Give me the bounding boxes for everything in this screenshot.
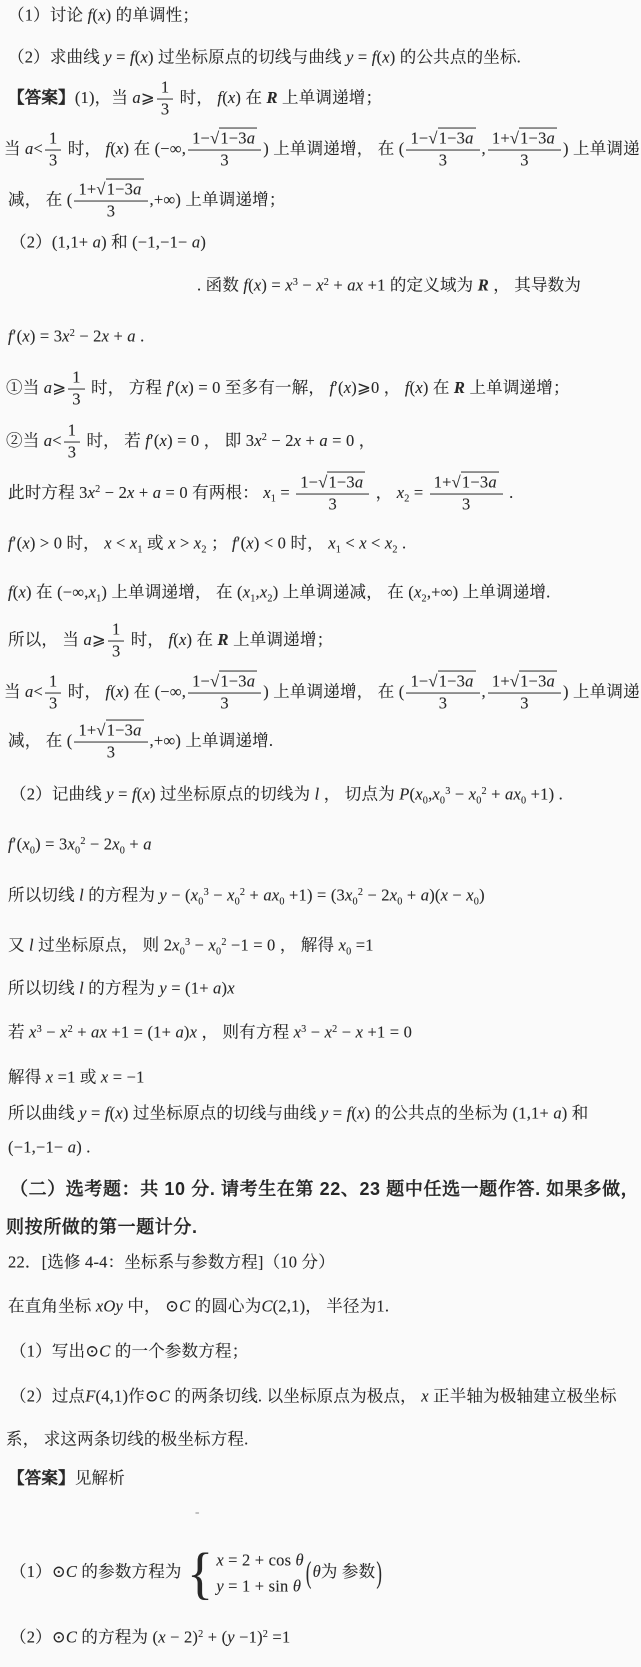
monotonic-intervals: f(x) 在 (−∞,x1) 上单调递增， 在 (x1,x2) 上单调递减， 在… xyxy=(8,583,550,604)
conclusion-a-lt-one-third-cont: 减， 在 (1+1−3a3,+∞) 上单调递增. xyxy=(8,722,273,763)
derivative-at-x0: f′(x0) = 3x02 − 2x0 + a xyxy=(8,835,152,856)
derivative-formula: f′(x) = 3x2 − 2x + a . xyxy=(8,327,144,348)
origin-condition: 又 l 过坐标原点， 则 2x03 − x02 −1 = 0 ， 解得 x0 =… xyxy=(8,936,374,957)
conclusion-a-ge-one-third: 所以， 当 a⩾13 时， f(x) 在 R 上单调递增； xyxy=(8,621,333,662)
q1-discuss-monotonicity: （1）讨论 f(x) 的单调性； xyxy=(8,6,199,27)
tangent-line-equation: 所以切线 l 的方程为 y − (x03 − x02 + ax0 +1) = (… xyxy=(8,886,485,907)
solutions-x: 解得 x =1 或 x = −1 xyxy=(8,1068,145,1089)
q22-part1: （1）写出⊙C 的一个参数方程； xyxy=(10,1342,248,1363)
case1-a-ge-one-third: ①当 a⩾13 时， 方程 f′(x) = 0 至多有一解， f′(x)⩾0 ，… xyxy=(6,369,570,410)
document-page: （1）讨论 f(x) 的单调性；（2）求曲线 y = f(x) 过坐标原点的切线… xyxy=(0,0,641,1667)
q22-answer-header: 【答案】见解析 xyxy=(8,1469,125,1490)
sol-circle-equation: （2）⊙C 的方程为 (x − 2)2 + (y −1)2 =1 xyxy=(10,1628,290,1649)
answer-part1-case-a-lt-one-third: 当 a<13 时， f(x) 在 (−∞,1−1−3a3) 上单调递增， 在 (… xyxy=(4,130,640,171)
q2-tangent-common-points: （2）求曲线 y = f(x) 过坐标原点的切线与曲线 y = f(x) 的公共… xyxy=(8,48,521,69)
answer-part1-case-a-ge-one-third: 【答案】(1)，当 a⩾13 时， f(x) 在 R 上单调递增； xyxy=(8,79,382,120)
common-points-conclusion-cont: (−1,−1− a) . xyxy=(8,1138,91,1159)
common-points-conclusion: 所以曲线 y = f(x) 过坐标原点的切线与曲线 y = f(x) 的公共点的… xyxy=(8,1104,589,1125)
q22-setup: 在直角坐标 xOy 中， ⊙C 的圆心为C(2,1)， 半径为1. xyxy=(8,1297,389,1318)
case2-a-lt-one-third: ②当 a<13 时， 若 f′(x) = 0 ， 即 3x2 − 2x + a … xyxy=(6,422,375,463)
section-2-elective-note-cont: 则按所做的第一题计分. xyxy=(6,1216,198,1239)
q22-part2-cont: 系， 求这两条切线的极坐标方程. xyxy=(6,1430,248,1451)
derivative-sign-intervals: f′(x) > 0 时， x < x1 或 x > x2 ； f′(x) < 0… xyxy=(8,534,406,555)
part2-tangent-setup: （2）记曲线 y = f(x) 过坐标原点的切线为 l ， 切点为 P(x0,x… xyxy=(10,785,563,806)
answer-part1-case-a-lt-one-third-cont: 减， 在 (1+1−3a3,+∞) 上单调递增； xyxy=(8,181,286,222)
scan-artifact-dash: - xyxy=(195,1504,200,1520)
tangent-line-result: 所以切线 l 的方程为 y = (1+ a)x xyxy=(8,979,235,1000)
section-2-elective-note: （二）选考题：共 10 分. 请考生在第 22、23 题中任选一题作答. 如果多… xyxy=(10,1178,639,1201)
answer-part2-points: （2）(1,1+ a) 和 (−1,−1− a) xyxy=(10,233,206,254)
intersection-equation: 若 x3 − x2 + ax +1 = (1+ a)x ， 则有方程 x3 − … xyxy=(8,1023,412,1044)
equation-two-roots: 此时方程 3x2 − 2x + a = 0 有两根： x1 = 1−1−3a3 … xyxy=(8,474,513,515)
conclusion-a-lt-one-third: 当 a<13 时， f(x) 在 (−∞,1−1−3a3) 上单调递增， 在 (… xyxy=(4,673,640,714)
q22-title: 22．[选修 4-4：坐标系与参数方程]（10 分） xyxy=(8,1253,335,1274)
q22-part2: （2）过点F(4,1)作⊙C 的两条切线. 以坐标原点为极点， x 正半轴为极轴… xyxy=(10,1387,617,1408)
analysis-domain-derivative: . 函数 f(x) = x3 − x2 + ax +1 的定义域为 R ， 其导… xyxy=(197,276,581,297)
sol-parametric-equation: （1）⊙C 的参数方程为 {x = 2 + cos θy = 1 + sin θ… xyxy=(10,1547,383,1598)
